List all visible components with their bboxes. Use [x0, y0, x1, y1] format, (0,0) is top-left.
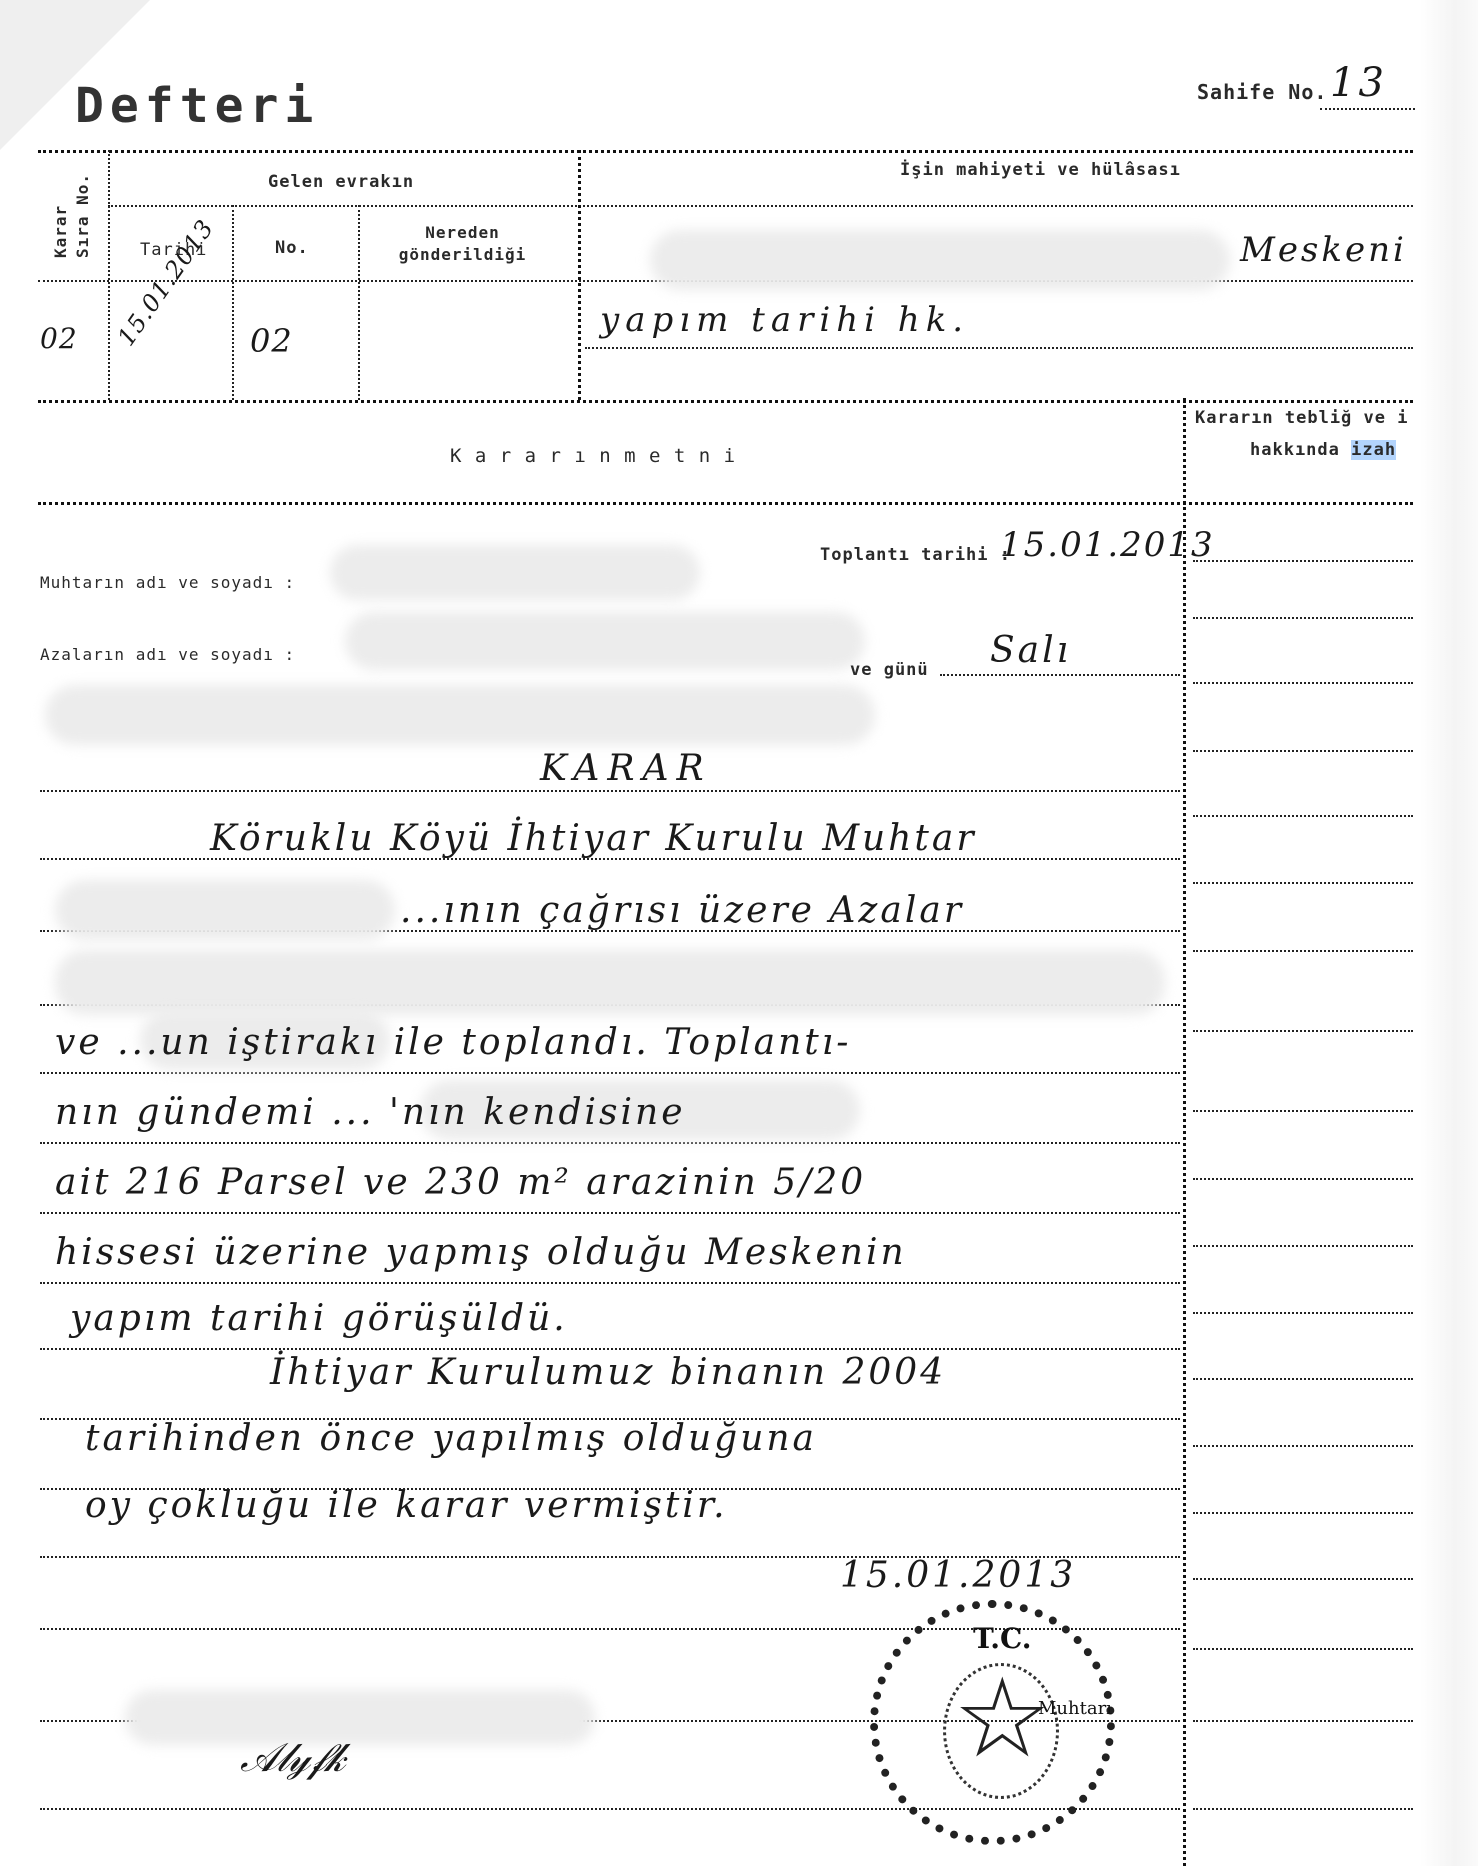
isin-mahiyeti-header: İşin mahiyeti ve hülâsası	[900, 160, 1181, 180]
side-ruled-line	[1193, 1578, 1413, 1580]
karar-sira-no-header: Karar Sıra No.	[50, 158, 94, 258]
crescent-star-icon: ☆	[953, 1663, 1052, 1773]
karar-line-2: ...ının çağrısı üzere Azalar	[400, 890, 964, 931]
page-number-label: Sahife No.	[1197, 80, 1327, 104]
table-bottom-border	[38, 400, 1413, 403]
col-divider-4	[578, 150, 581, 400]
side-ruled-line	[1193, 1030, 1413, 1032]
ruled-line	[40, 1142, 1180, 1144]
row-no: 02	[250, 322, 293, 360]
row-tarihi: 15.01.2013	[112, 214, 219, 351]
mahiyet-line-2	[585, 347, 1413, 349]
redacted-region	[650, 230, 1230, 290]
col-divider-3	[358, 205, 360, 400]
right-column-divider	[1183, 398, 1186, 1866]
scanned-document-page: Defteri Sahife No. 13 Karar Sıra No. Gel…	[0, 0, 1478, 1866]
stamp-muhtari-text: Muhtarı	[1038, 1698, 1112, 1719]
side-ruled-line	[1193, 1720, 1413, 1722]
azalar-label: Azaların adı ve soyadı :	[40, 645, 295, 664]
side-ruled-line	[1193, 560, 1413, 562]
table-top-border	[38, 150, 1413, 153]
ruled-line	[40, 790, 1180, 792]
col-header-nereden: Nereden gönderildiği	[395, 222, 530, 266]
redacted-line-3	[55, 950, 1165, 1015]
side-ruled-line	[1193, 950, 1413, 952]
side-ruled-line	[1193, 1312, 1413, 1314]
gunu-label: ve günü	[850, 660, 929, 680]
side-ruled-line	[1193, 1110, 1413, 1112]
col-header-no: No.	[275, 238, 309, 258]
gelen-evrak-header: Gelen evrakın	[268, 172, 414, 192]
side-ruled-line	[1193, 815, 1413, 817]
row-karar-sira-no: 02	[40, 322, 78, 355]
karar-line-9: İhtiyar Kurulumuz binanın 2004	[270, 1352, 946, 1393]
ruled-line	[40, 1348, 1180, 1350]
signature: 𝒜𝓁𝓎𝒻𝓀	[240, 1735, 344, 1781]
redacted-azalar-line2	[45, 685, 875, 745]
gunu-value: Salı	[990, 630, 1071, 671]
karar-line-5: nın gündemi ... 'nın kendisine	[55, 1092, 686, 1133]
karar-metni-header: K a r a r ı n m e t n i	[450, 445, 736, 467]
side-header-prefix: hakkında	[1250, 440, 1351, 460]
karar-line-8: yapım tarihi görüşüldü.	[70, 1298, 568, 1339]
toplanti-label: Toplantı tarihi :	[820, 545, 1011, 565]
side-header-line2: hakkında izah	[1250, 440, 1396, 460]
redacted-azalar-names	[345, 612, 865, 670]
side-ruled-line	[1193, 1178, 1413, 1180]
side-header-line1: Kararın tebliğ ve i	[1195, 408, 1408, 428]
gunu-underline	[940, 674, 1180, 676]
redacted-muhtar-name	[330, 545, 700, 600]
karar-line-10: tarihinden önce yapılmış olduğuna	[85, 1418, 817, 1459]
page-number-underline	[1320, 108, 1415, 110]
side-ruled-line	[1193, 682, 1413, 684]
ruled-line	[40, 1212, 1180, 1214]
side-ruled-line	[1193, 882, 1413, 884]
karar-line-4: ve ...un iştirakı ile toplandı. Toplantı…	[55, 1022, 851, 1063]
redacted-line-2	[55, 880, 395, 940]
official-seal-stamp: T.C. ☆ Muhtarı	[870, 1600, 1115, 1845]
side-ruled-line	[1193, 1512, 1413, 1514]
karar-line-11: oy çokluğu ile karar vermiştir.	[85, 1485, 728, 1526]
redacted-signatory-name	[125, 1690, 595, 1745]
table-header-divider	[108, 205, 1413, 207]
page-number-value: 13	[1330, 60, 1387, 106]
karar-date: 15.01.2013	[840, 1555, 1076, 1596]
stamp-tc-text: T.C.	[973, 1622, 1032, 1655]
side-ruled-line	[1193, 750, 1413, 752]
col-divider-1	[108, 150, 110, 400]
side-ruled-line	[1193, 1445, 1413, 1447]
muhtar-label: Muhtarın adı ve soyadı :	[40, 573, 295, 592]
karar-line-6: ait 216 Parsel ve 230 m² arazinin 5/20	[55, 1162, 866, 1203]
col-divider-2	[232, 205, 234, 400]
row-mahiyet-line2: yapım tarihi hk.	[600, 300, 969, 340]
side-ruled-line	[1193, 617, 1413, 619]
row-mahiyet-line1: Meskeni	[1240, 230, 1407, 270]
ruled-line	[40, 1282, 1180, 1284]
karar-heading: KARAR	[540, 748, 712, 789]
ledger-title: Defteri	[75, 78, 319, 134]
side-ruled-line	[1193, 1808, 1413, 1810]
toplanti-value: 15.01.2013	[1000, 525, 1215, 565]
karar-header-bottom	[38, 502, 1413, 505]
side-ruled-line	[1193, 1378, 1413, 1380]
page-edge-shadow	[1420, 0, 1478, 1866]
side-ruled-line	[1193, 1648, 1413, 1650]
karar-line-7: hissesi üzerine yapmış olduğu Meskenin	[55, 1232, 907, 1273]
selected-text[interactable]: izah	[1351, 440, 1396, 460]
ruled-line	[40, 1072, 1180, 1074]
karar-line-1: Köruklu Köyü İhtiyar Kurulu Muhtar	[210, 818, 977, 859]
side-ruled-line	[1193, 1245, 1413, 1247]
